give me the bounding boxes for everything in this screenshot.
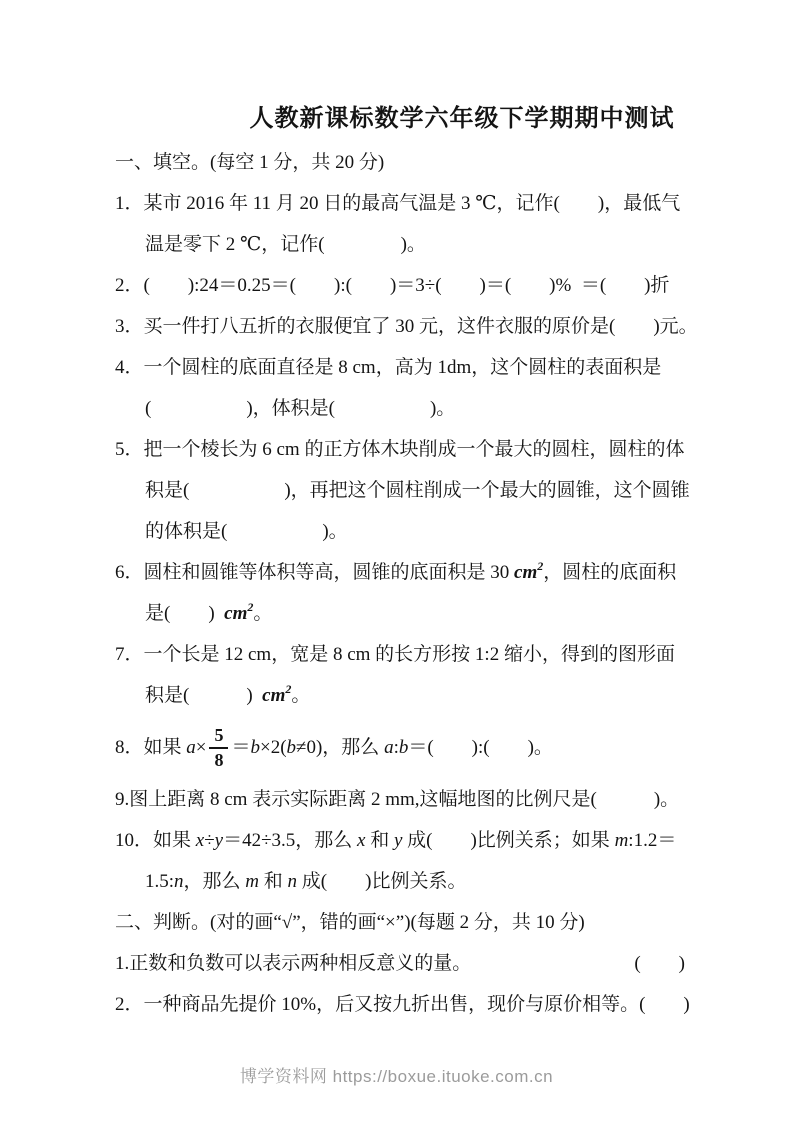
text-run: 成( )比例关系；如果 xyxy=(402,831,614,850)
q5-line-2: 积是( )，再把这个圆柱削成一个最大的圆锥，这个圆锥 xyxy=(115,470,685,511)
text-run: ( ) xyxy=(634,954,685,973)
q6-line-2: 是( ) cm2。 xyxy=(115,593,685,634)
q3-line-1: 3．买一件打八五折的衣服便宜了 30 元，这件衣服的原价是( )元。 xyxy=(115,306,685,347)
text-run: 9.图上距离 8 cm 表示实际距离 2 mm,这幅地图的比例尺是( )。 xyxy=(115,790,679,809)
text-run: 温是零下 2 ℃，记作( )。 xyxy=(145,235,426,254)
text-run: 成( )比例关系。 xyxy=(297,872,466,891)
text-run: ( )，体积是( )。 xyxy=(145,399,455,418)
text-run: × xyxy=(196,738,207,757)
text-run: 3．买一件打八五折的衣服便宜了 30 元，这件衣服的原价是( )元。 xyxy=(115,317,698,336)
fraction-numerator: 5 xyxy=(209,726,228,749)
text-run: cm xyxy=(224,604,247,623)
fraction: 58 xyxy=(209,726,228,770)
text-run: ×2( xyxy=(260,738,287,757)
text-run: ，圆柱的底面积 xyxy=(543,563,676,582)
text-run: y xyxy=(394,831,402,850)
text-run: :1.2＝ xyxy=(628,831,676,850)
q7-line-2: 积是( ) cm2。 xyxy=(115,675,685,716)
text-run: 一、填空。(每空 1 分，共 20 分) xyxy=(115,153,384,172)
text-run: y xyxy=(215,831,223,850)
page-title: 人教新课标数学六年级下学期期中测试 xyxy=(115,96,747,142)
q1-line-2: 温是零下 2 ℃，记作( )。 xyxy=(115,224,685,265)
text-run: a xyxy=(384,738,394,757)
q4-line-1: 4．一个圆柱的底面直径是 8 cm，高为 1dm，这个圆柱的表面积是 xyxy=(115,347,685,388)
fraction-denominator: 8 xyxy=(214,749,223,770)
exam-page: 人教新课标数学六年级下学期期中测试 一、填空。(每空 1 分，共 20 分)1．… xyxy=(0,0,793,1122)
text-run: 和 xyxy=(259,872,288,891)
q10-line-1: 10．如果 x÷y＝42÷3.5，那么 x 和 y 成( )比例关系；如果 m:… xyxy=(115,820,685,861)
q4-line-2: ( )，体积是( )。 xyxy=(115,388,685,429)
text-run: m xyxy=(615,831,629,850)
text-run: 是( ) xyxy=(145,604,224,623)
q9-line-1: 9.图上距离 8 cm 表示实际距离 2 mm,这幅地图的比例尺是( )。 xyxy=(115,779,685,820)
text-run: ＝42÷3.5，那么 xyxy=(223,831,357,850)
text-run: 4．一个圆柱的底面直径是 8 cm，高为 1dm，这个圆柱的表面积是 xyxy=(115,358,661,377)
text-run: ÷ xyxy=(204,831,214,850)
text-run: 和 xyxy=(365,831,394,850)
text-run: b xyxy=(399,738,409,757)
text-run: ，那么 xyxy=(184,872,246,891)
text-run: cm xyxy=(262,686,285,705)
text-run: m xyxy=(245,872,259,891)
text-run: 10．如果 xyxy=(115,831,196,850)
text-run: 积是( )，再把这个圆柱削成一个最大的圆锥，这个圆锥 xyxy=(145,481,690,500)
text-run: 1.正数和负数可以表示两种相反意义的量。 xyxy=(115,954,471,973)
q2-line-1: 2．( ):24＝0.25＝( ):( )＝3÷( )＝( )% ＝( )折 xyxy=(115,265,685,306)
judge-q2-line-1: 2．一种商品先提价 10%，后又按九折出售，现价与原价相等。( ) xyxy=(115,984,685,1025)
text-run: x xyxy=(357,831,365,850)
q8-line-1: 8．如果 a×58＝b×2(b≠0)，那么 a:b＝( ):( )。 xyxy=(115,716,685,779)
text-run: ＝( ):( )。 xyxy=(408,738,553,757)
q5-line-3: 的体积是( )。 xyxy=(115,511,685,552)
text-run: 2 xyxy=(247,601,253,613)
text-run: 。 xyxy=(291,686,310,705)
text-run: 1.5: xyxy=(145,872,174,891)
text-run: 2 xyxy=(537,560,543,572)
text-run: ＝ xyxy=(231,738,250,757)
section-2-heading: 二、判断。(对的画“√”，错的画“×”)(每题 2 分，共 10 分) xyxy=(115,902,685,943)
text-run: a xyxy=(186,738,196,757)
text-run: 8．如果 xyxy=(115,738,186,757)
text-run: x xyxy=(196,831,204,850)
text-run: 5．把一个棱长为 6 cm 的正方体木块削成一个最大的圆柱，圆柱的体 xyxy=(115,440,684,459)
text-run: 的体积是( )。 xyxy=(145,522,348,541)
text-run: n xyxy=(288,872,298,891)
q10-line-2: 1.5:n，那么 m 和 n 成( )比例关系。 xyxy=(115,861,685,902)
text-run: 1．某市 2016 年 11 月 20 日的最高气温是 3 ℃，记作( )，最低… xyxy=(115,194,680,213)
footer-watermark: 博学资料网 https://boxue.ituoke.com.cn xyxy=(0,1062,793,1087)
section-1-heading: 一、填空。(每空 1 分，共 20 分) xyxy=(115,142,685,183)
q6-line-1: 6．圆柱和圆锥等体积等高，圆锥的底面积是 30 cm2，圆柱的底面积 xyxy=(115,552,685,593)
q7-line-1: 7．一个长是 12 cm，宽是 8 cm 的长方形按 1:2 缩小，得到的图形面 xyxy=(115,634,685,675)
q5-line-1: 5．把一个棱长为 6 cm 的正方体木块削成一个最大的圆柱，圆柱的体 xyxy=(115,429,685,470)
text-run: b xyxy=(287,738,297,757)
text-run: n xyxy=(174,872,184,891)
text-run: 。 xyxy=(253,604,272,623)
text-run: ≠0)，那么 xyxy=(296,738,384,757)
text-run: 2．一种商品先提价 10%，后又按九折出售，现价与原价相等。( ) xyxy=(115,995,690,1014)
text-run: cm xyxy=(514,563,537,582)
text-run: 二、判断。(对的画“√”，错的画“×”)(每题 2 分，共 10 分) xyxy=(115,913,585,932)
text-run: 7．一个长是 12 cm，宽是 8 cm 的长方形按 1:2 缩小，得到的图形面 xyxy=(115,645,675,664)
text-run: 2．( ):24＝0.25＝( ):( )＝3÷( )＝( )% ＝( )折 xyxy=(115,276,670,295)
text-run: 6．圆柱和圆锥等体积等高，圆锥的底面积是 30 xyxy=(115,563,514,582)
text-run: b xyxy=(251,738,261,757)
text-run: 2 xyxy=(285,683,291,695)
document-body: 一、填空。(每空 1 分，共 20 分)1．某市 2016 年 11 月 20 … xyxy=(115,142,685,1025)
q1-line-1: 1．某市 2016 年 11 月 20 日的最高气温是 3 ℃，记作( )，最低… xyxy=(115,183,685,224)
text-run: 积是( ) xyxy=(145,686,262,705)
judge-q1-line-1: 1.正数和负数可以表示两种相反意义的量。( ) xyxy=(115,943,685,984)
